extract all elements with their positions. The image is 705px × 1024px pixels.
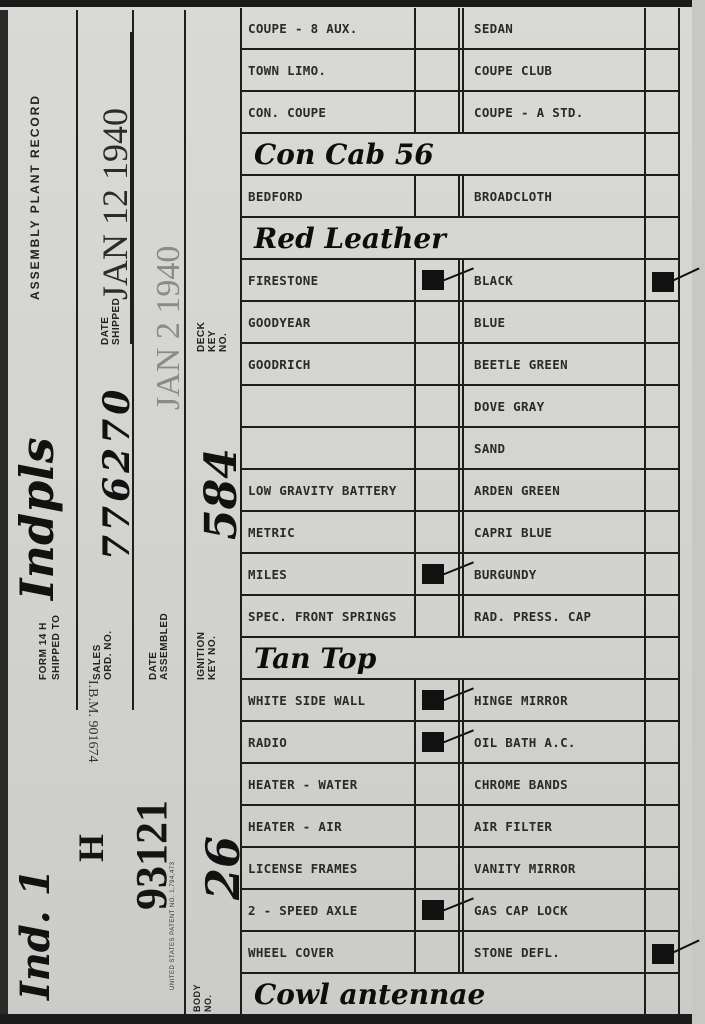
right-option: BLUE (464, 302, 646, 342)
right-check-cell[interactable] (646, 680, 680, 720)
right-option: COUPE - A STD. (464, 92, 646, 132)
body-suffix: H (70, 834, 112, 862)
left-option-label: CON. COUPE (248, 105, 326, 120)
right-option-label: OIL BATH A.C. (474, 735, 576, 750)
left-check-cell[interactable] (416, 512, 460, 552)
right-check-cell[interactable] (646, 596, 680, 636)
left-option-label: RADIO (248, 735, 287, 750)
right-option: COUPE CLUB (464, 50, 646, 90)
right-option: DOVE GRAY (464, 386, 646, 426)
left-option-label: COUPE - 8 AUX. (248, 21, 358, 36)
option-row: COUPE - 8 AUX.SEDAN (240, 8, 680, 50)
right-check-cell[interactable] (646, 554, 680, 594)
option-row: SAND (240, 428, 680, 470)
deck-key-label: DECK KEY NO. (196, 312, 229, 352)
right-option: AIR FILTER (464, 806, 646, 846)
shipped-to-label: SHIPPED TO (51, 615, 62, 680)
right-option-label: BEETLE GREEN (474, 357, 568, 372)
left-option: LICENSE FRAMES (240, 848, 416, 888)
option-row: MILESBURGUNDY (240, 554, 680, 596)
shipped-to-value: Indpls (10, 437, 64, 600)
plant-record-card: ASSEMBLY PLANT RECORD FORM 14 H SHIPPED … (0, 0, 705, 1024)
handwritten-row: Con Cab 56 (240, 134, 680, 176)
date-shipped-label: DATE SHIPPED (100, 305, 122, 345)
right-option: CHROME BANDS (464, 764, 646, 804)
right-option: STONE DEFL. (464, 932, 646, 972)
left-check-cell[interactable] (416, 470, 460, 510)
body-no-label: BODY NO. (192, 972, 214, 1012)
left-check-cell[interactable] (416, 932, 460, 972)
right-option: BEETLE GREEN (464, 344, 646, 384)
left-option: GOODYEAR (240, 302, 416, 342)
right-check-cell[interactable] (646, 470, 680, 510)
right-option: CAPRI BLUE (464, 512, 646, 552)
left-check-cell[interactable] (416, 92, 460, 132)
left-option-label: HEATER - WATER (248, 777, 358, 792)
left-option: WHEEL COVER (240, 932, 416, 972)
right-check-cell[interactable] (646, 92, 680, 132)
right-check-cell[interactable] (646, 974, 680, 1014)
left-check-cell[interactable] (416, 8, 460, 48)
rule-date-assembled (184, 10, 186, 1014)
left-check-cell[interactable] (416, 680, 460, 720)
right-option-label: BLACK (474, 273, 513, 288)
left-option-label: LOW GRAVITY BATTERY (248, 483, 397, 498)
right-option-label: COUPE - A STD. (474, 105, 584, 120)
left-option: LOW GRAVITY BATTERY (240, 470, 416, 510)
left-border (0, 10, 8, 1014)
right-option-label: AIR FILTER (474, 819, 552, 834)
right-option-label: BURGUNDY (474, 567, 537, 582)
patent-text: UNITED STATES PATENT NO. 1,794,473 (170, 862, 176, 990)
right-check-cell[interactable] (646, 890, 680, 930)
left-option: CON. COUPE (240, 92, 416, 132)
right-option-label: DOVE GRAY (474, 399, 544, 414)
left-option: MILES (240, 554, 416, 594)
right-margin (692, 0, 705, 1024)
left-option: RADIO (240, 722, 416, 762)
left-option-label: FIRESTONE (248, 273, 318, 288)
left-check-cell[interactable] (416, 764, 460, 804)
left-option-label: TOWN LIMO. (248, 63, 326, 78)
handwritten-cell: Red Leather (240, 218, 646, 258)
right-option-label: COUPE CLUB (474, 63, 552, 78)
right-option: RAD. PRESS. CAP (464, 596, 646, 636)
right-check-cell[interactable] (646, 176, 680, 216)
left-option-label: GOODYEAR (248, 315, 311, 330)
right-option-label: SAND (474, 441, 505, 456)
right-check-cell[interactable] (646, 848, 680, 888)
sales-order-label: SALES ORD. NO. (92, 620, 114, 680)
right-check-cell[interactable] (646, 344, 680, 384)
left-check-cell[interactable] (416, 50, 460, 90)
option-row: FIRESTONEBLACK (240, 260, 680, 302)
left-check-cell[interactable] (416, 302, 460, 342)
checkmark-icon (652, 944, 674, 964)
rule-shipped-to (76, 10, 78, 710)
option-row: WHITE SIDE WALLHINGE MIRROR (240, 680, 680, 722)
right-option: BURGUNDY (464, 554, 646, 594)
right-check-cell[interactable] (646, 302, 680, 342)
left-option: COUPE - 8 AUX. (240, 8, 416, 48)
option-row: LOW GRAVITY BATTERYARDEN GREEN (240, 470, 680, 512)
left-option: WHITE SIDE WALL (240, 680, 416, 720)
right-option: ARDEN GREEN (464, 470, 646, 510)
handwritten-row: Tan Top (240, 638, 680, 680)
option-row: 2 - SPEED AXLEGAS CAP LOCK (240, 890, 680, 932)
handwritten-note: Tan Top (254, 642, 376, 675)
option-row: DOVE GRAY (240, 386, 680, 428)
left-check-cell[interactable] (416, 806, 460, 846)
left-check-cell[interactable] (416, 386, 460, 426)
handwritten-note: Con Cab 56 (254, 138, 434, 171)
option-row: HEATER - WATERCHROME BANDS (240, 764, 680, 806)
handwritten-row: Red Leather (240, 218, 680, 260)
checkmark-icon (652, 272, 674, 292)
left-option (240, 428, 416, 468)
left-option (240, 386, 416, 426)
right-option-label: CAPRI BLUE (474, 525, 552, 540)
left-option: GOODRICH (240, 344, 416, 384)
document-title: ASSEMBLY PLANT RECORD (30, 94, 41, 300)
right-check-cell[interactable] (646, 512, 680, 552)
option-row: WHEEL COVERSTONE DEFL. (240, 932, 680, 974)
sales-order-value: 776270 (96, 386, 138, 560)
left-check-cell[interactable] (416, 176, 460, 216)
printer-code: I.B.M. 901674 (84, 680, 100, 762)
ignition-key-label: IGNITION KEY NO. (196, 630, 218, 680)
left-check-cell[interactable] (416, 722, 460, 762)
right-option-label: ARDEN GREEN (474, 483, 560, 498)
right-option: GAS CAP LOCK (464, 890, 646, 930)
handwritten-note: Red Leather (254, 222, 446, 255)
option-row: TOWN LIMO.COUPE CLUB (240, 50, 680, 92)
right-check-cell[interactable] (646, 764, 680, 804)
left-option: 2 - SPEED AXLE (240, 890, 416, 930)
right-check-cell[interactable] (646, 722, 680, 762)
form-number: FORM 14 H (38, 622, 49, 680)
right-check-cell[interactable] (646, 638, 680, 678)
left-option: TOWN LIMO. (240, 50, 416, 90)
left-option-label: METRIC (248, 525, 295, 540)
right-check-cell[interactable] (646, 134, 680, 174)
handwritten-row: Cowl antennae (240, 974, 680, 1016)
option-row: BEDFORDBROADCLOTH (240, 176, 680, 218)
right-option-label: STONE DEFL. (474, 945, 560, 960)
left-check-cell[interactable] (416, 344, 460, 384)
option-row: HEATER - AIRAIR FILTER (240, 806, 680, 848)
right-option-label: GAS CAP LOCK (474, 903, 568, 918)
left-check-cell[interactable] (416, 890, 460, 930)
right-check-cell[interactable] (646, 218, 680, 258)
right-option-label: SEDAN (474, 21, 513, 36)
left-option: SPEC. FRONT SPRINGS (240, 596, 416, 636)
right-option: OIL BATH A.C. (464, 722, 646, 762)
right-option-label: VANITY MIRROR (474, 861, 576, 876)
date-assembled-label: DATE ASSEMBLED (148, 610, 170, 680)
left-option: HEATER - AIR (240, 806, 416, 846)
left-option-label: WHEEL COVER (248, 945, 334, 960)
right-option: SAND (464, 428, 646, 468)
right-option: VANITY MIRROR (464, 848, 646, 888)
left-option-label: SPEC. FRONT SPRINGS (248, 609, 397, 624)
right-check-cell[interactable] (646, 386, 680, 426)
top-border (0, 0, 705, 7)
right-option-label: BLUE (474, 315, 505, 330)
right-option-label: HINGE MIRROR (474, 693, 568, 708)
option-row: CON. COUPECOUPE - A STD. (240, 92, 680, 134)
left-check-cell[interactable] (416, 596, 460, 636)
left-option: HEATER - WATER (240, 764, 416, 804)
left-option-label: WHITE SIDE WALL (248, 693, 365, 708)
right-check-cell[interactable] (646, 806, 680, 846)
district-note: Ind. 1 (12, 869, 59, 1000)
right-check-cell[interactable] (646, 260, 680, 300)
option-row: GOODRICHBEETLE GREEN (240, 344, 680, 386)
left-option-label: MILES (248, 567, 287, 582)
option-row: SPEC. FRONT SPRINGSRAD. PRESS. CAP (240, 596, 680, 638)
right-option: BLACK (464, 260, 646, 300)
left-check-cell[interactable] (416, 260, 460, 300)
left-option-label: GOODRICH (248, 357, 311, 372)
right-option: HINGE MIRROR (464, 680, 646, 720)
right-option: SEDAN (464, 8, 646, 48)
right-option-label: RAD. PRESS. CAP (474, 609, 591, 624)
handwritten-cell: Con Cab 56 (240, 134, 646, 174)
right-check-cell[interactable] (646, 8, 680, 48)
left-option-label: 2 - SPEED AXLE (248, 903, 358, 918)
option-row: METRICCAPRI BLUE (240, 512, 680, 554)
date-shipped-stamp: JAN 12 1940 (94, 108, 136, 300)
left-check-cell[interactable] (416, 848, 460, 888)
left-option-label: BEDFORD (248, 189, 303, 204)
left-check-cell[interactable] (416, 554, 460, 594)
handwritten-cell: Cowl antennae (240, 974, 646, 1014)
right-option: BROADCLOTH (464, 176, 646, 216)
left-option: FIRESTONE (240, 260, 416, 300)
handwritten-note: Cowl antennae (254, 978, 485, 1011)
left-option: BEDFORD (240, 176, 416, 216)
left-check-cell[interactable] (416, 428, 460, 468)
right-check-cell[interactable] (646, 932, 680, 972)
option-row: RADIOOIL BATH A.C. (240, 722, 680, 764)
right-check-cell[interactable] (646, 428, 680, 468)
right-option-label: BROADCLOTH (474, 189, 552, 204)
right-option-label: CHROME BANDS (474, 777, 568, 792)
left-option-label: HEATER - AIR (248, 819, 342, 834)
date-assembled-stamp: JAN 2 1940 (150, 246, 188, 410)
handwritten-cell: Tan Top (240, 638, 646, 678)
left-option-label: LICENSE FRAMES (248, 861, 358, 876)
option-row: GOODYEARBLUE (240, 302, 680, 344)
right-check-cell[interactable] (646, 50, 680, 90)
left-option: METRIC (240, 512, 416, 552)
option-row: LICENSE FRAMESVANITY MIRROR (240, 848, 680, 890)
